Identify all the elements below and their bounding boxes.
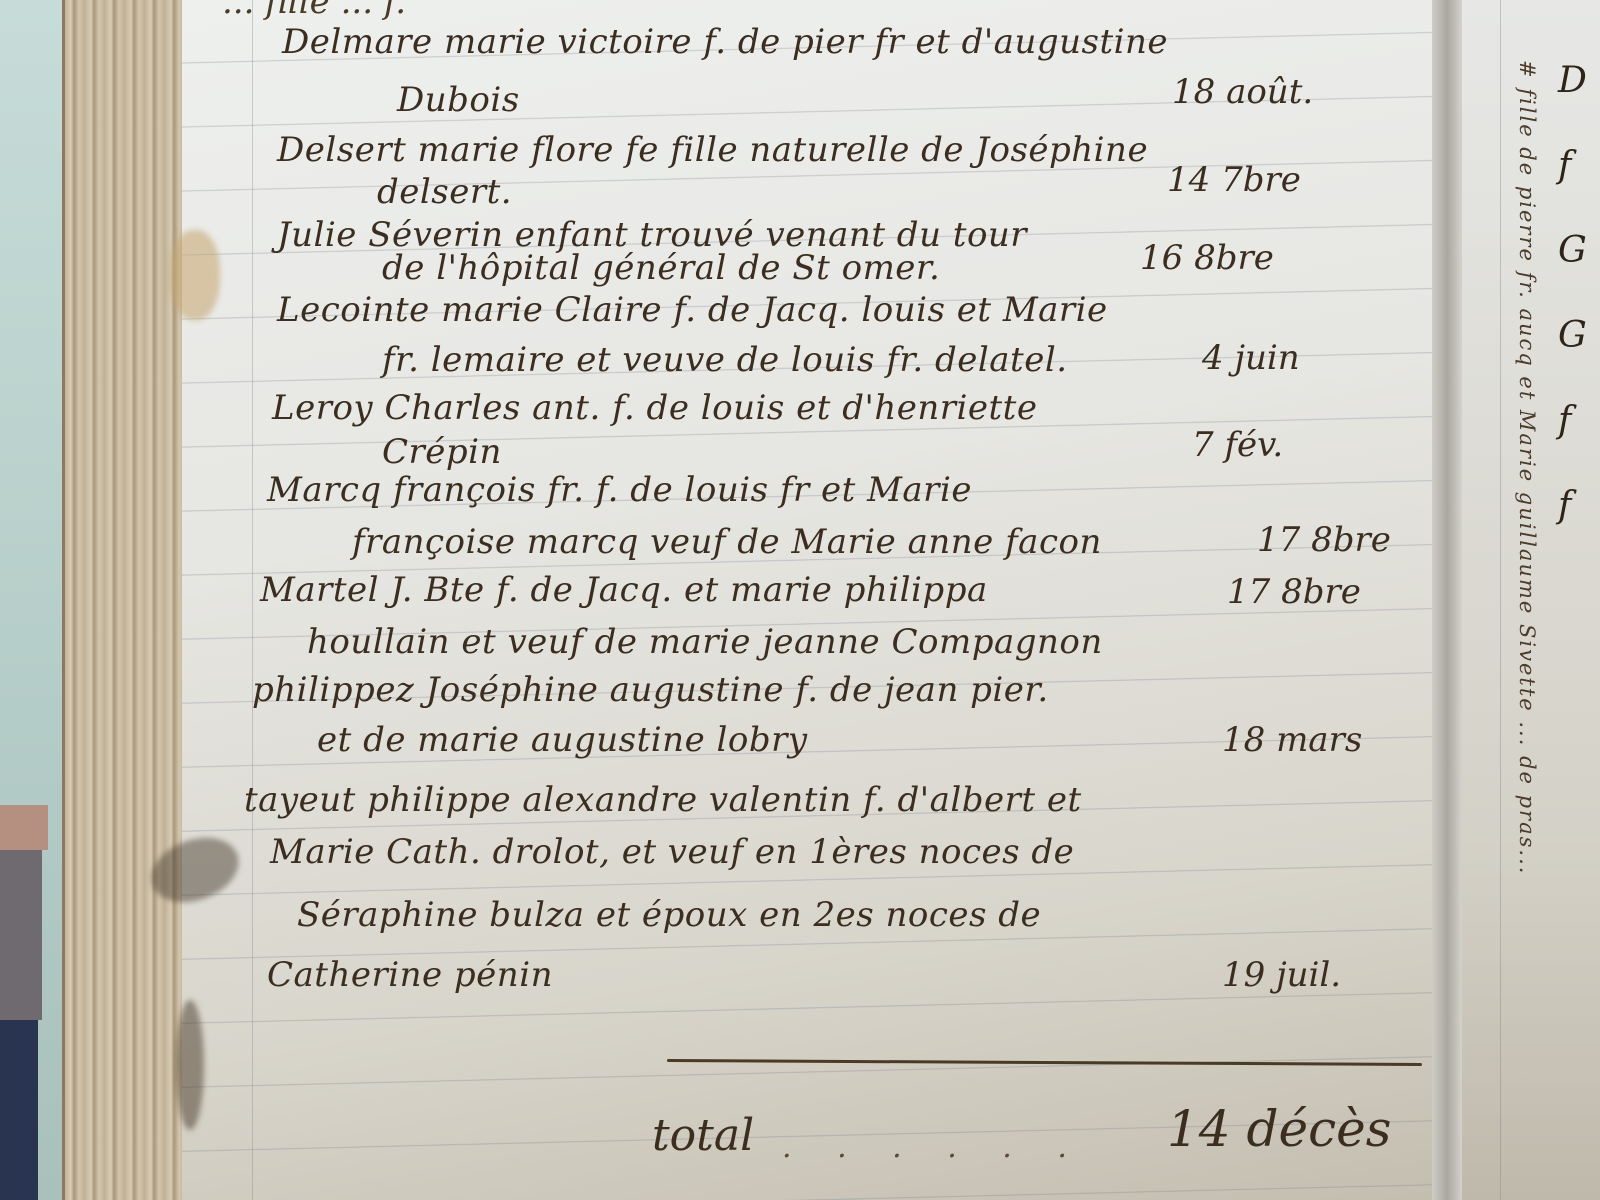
partial-initials: D f G G f f bbox=[1558, 60, 1598, 570]
initial-letter: f bbox=[1558, 485, 1598, 570]
book-page-edges bbox=[62, 0, 185, 1200]
entry-name-line: Delsert marie flore fe fille naturelle d… bbox=[277, 130, 1148, 170]
entry-date: 16 8bre bbox=[1140, 238, 1274, 278]
entry-date: 4 juin bbox=[1202, 338, 1300, 378]
vertical-margin-note: # fille de pierre fr. aucq et Marie guil… bbox=[1515, 60, 1539, 875]
total-value: 14 décès bbox=[1167, 1100, 1391, 1158]
total-label: total bbox=[652, 1110, 754, 1161]
entry-name-line: philippez Joséphine augustine f. de jean… bbox=[252, 670, 1049, 710]
entry-continuation: fr. lemaire et veuve de louis fr. delate… bbox=[382, 340, 1068, 380]
entry-name-line: Martel J. Bte f. de Jacq. et marie phili… bbox=[260, 570, 988, 610]
initial-letter: f bbox=[1558, 400, 1598, 485]
entry-date: 19 juil. bbox=[1222, 955, 1341, 995]
entry-continuation: houllain et veuf de marie jeanne Compagn… bbox=[307, 622, 1103, 662]
entry-date: 17 8bre bbox=[1257, 520, 1391, 560]
facing-page: # fille de pierre fr. aucq et Marie guil… bbox=[1462, 0, 1600, 1200]
background-object bbox=[0, 805, 48, 850]
entry-date: 18 août. bbox=[1172, 72, 1313, 112]
entry-continuation: Catherine pénin bbox=[267, 955, 553, 995]
entry-continuation: Marie Cath. drolot, et veuf en 1ères noc… bbox=[270, 832, 1074, 872]
entry-continuation: françoise marcq veuf de Marie anne facon bbox=[352, 522, 1102, 562]
entry-date: 14 7bre bbox=[1167, 160, 1301, 200]
entry-continuation: Crépin bbox=[382, 432, 502, 472]
entry-date: 17 8bre bbox=[1227, 572, 1361, 612]
initial-letter: G bbox=[1558, 315, 1598, 400]
total-leader-dots: . . . . . . bbox=[782, 1130, 1085, 1165]
entry-date: 7 fév. bbox=[1192, 425, 1283, 465]
entry-continuation: Séraphine bulza et époux en 2es noces de bbox=[297, 895, 1041, 935]
entry-continuation: Dubois bbox=[397, 80, 520, 120]
margin-rule bbox=[1500, 0, 1501, 1200]
entry-name-line: tayeut philippe alexandre valentin f. d'… bbox=[244, 780, 1082, 820]
entry-name-line: Leroy Charles ant. f. de louis et d'henr… bbox=[272, 388, 1037, 428]
initial-letter: D bbox=[1558, 60, 1598, 145]
ink-smudge bbox=[176, 1000, 204, 1130]
entry-name-line: Marcq françois fr. f. de louis fr et Mar… bbox=[267, 470, 972, 510]
entry-date: 18 mars bbox=[1222, 720, 1362, 760]
entry-continuation: delsert. bbox=[377, 172, 512, 212]
background-object bbox=[0, 1020, 38, 1200]
entry-name-line: Lecointe marie Claire f. de Jacq. louis … bbox=[277, 290, 1108, 330]
register-page: ... fille ... f. Delmare marie victoire … bbox=[182, 0, 1432, 1200]
initial-letter: G bbox=[1558, 230, 1598, 315]
entry-continuation: de l'hôpital général de St omer. bbox=[382, 248, 940, 288]
water-stain bbox=[170, 230, 220, 320]
top-fragment: ... fille ... f. bbox=[222, 0, 406, 22]
initial-letter: f bbox=[1558, 145, 1598, 230]
entry-name-line: Delmare marie victoire f. de pier fr et … bbox=[282, 22, 1168, 62]
background-object bbox=[0, 850, 42, 1020]
book-gutter bbox=[1432, 0, 1462, 1200]
entry-continuation: et de marie augustine lobry bbox=[317, 720, 808, 760]
margin-rule bbox=[252, 0, 253, 1200]
